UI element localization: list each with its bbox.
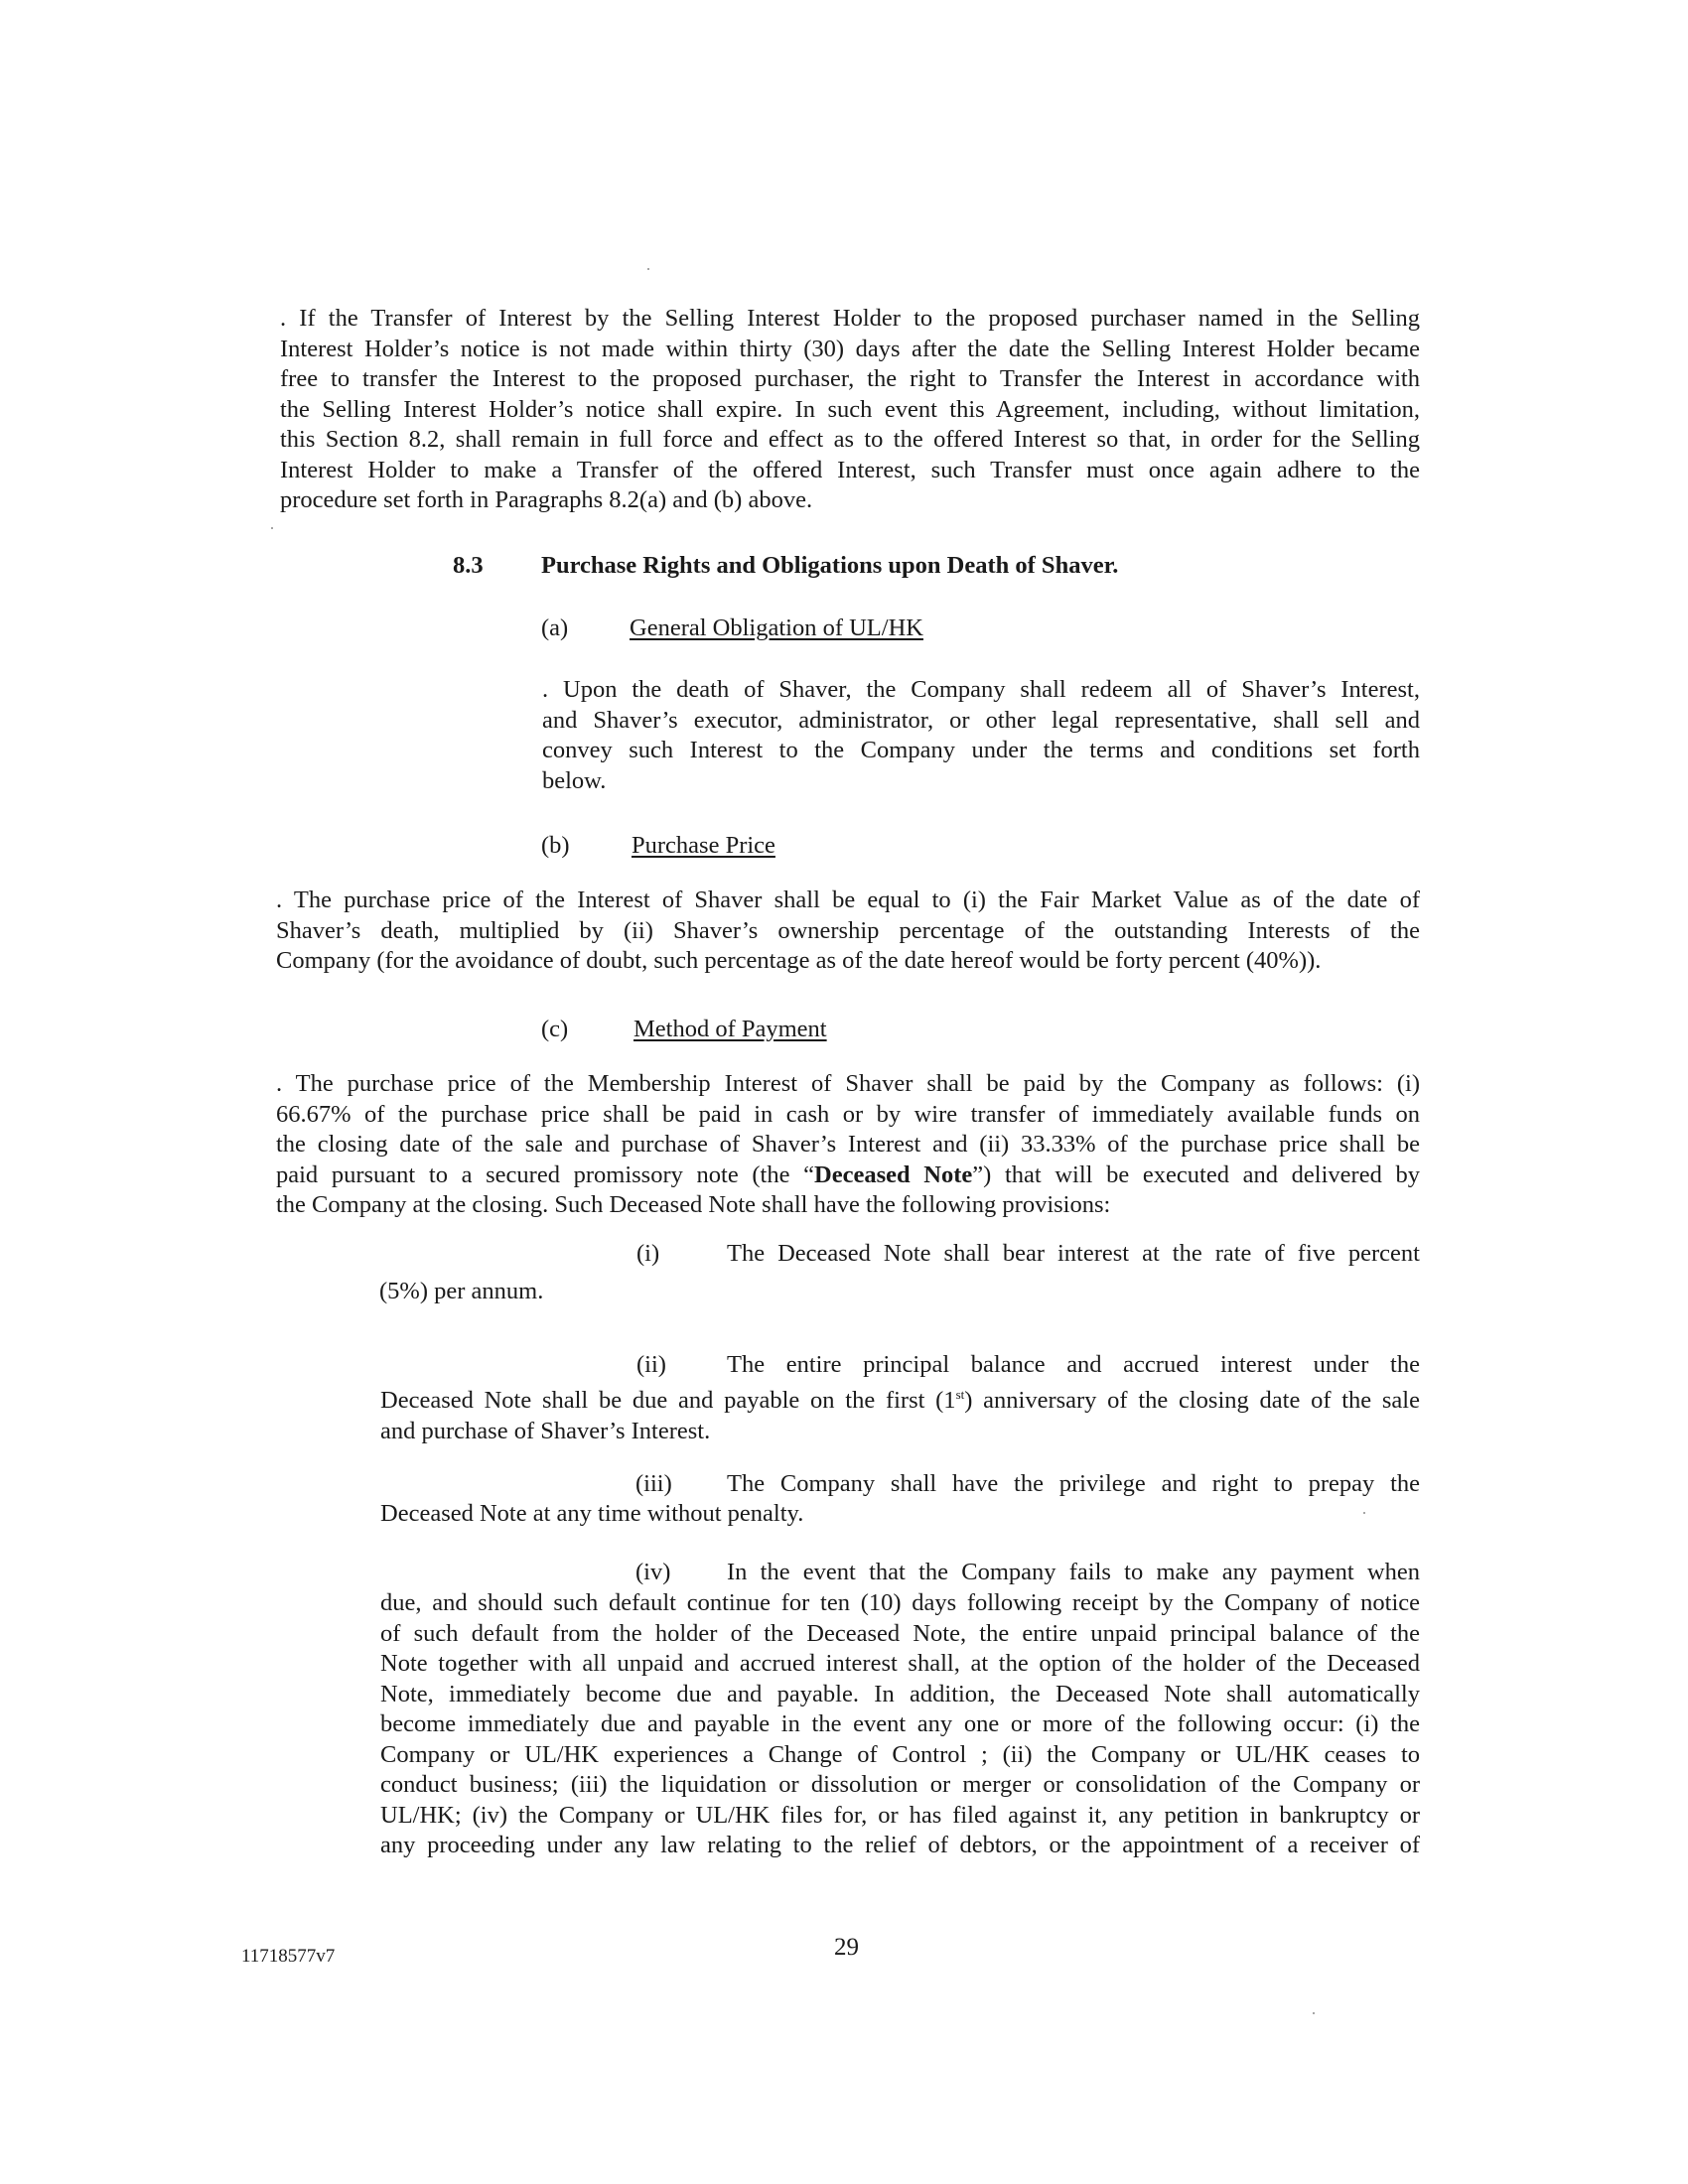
subsection-title: General Obligation of UL/HK — [630, 614, 923, 643]
scan-artifact — [647, 268, 649, 270]
section-title: Purchase Rights and Obligations upon Dea… — [541, 551, 1118, 581]
text-line: . If the Transfer of Interest by the Sel… — [280, 304, 1420, 335]
subsection-title: Method of Payment — [633, 1015, 827, 1044]
subsection-c-body: . The purchase price of the Membership I… — [276, 1069, 1420, 1221]
text-line: Interest Holder’s notice is not made wit… — [280, 335, 1420, 365]
provision-ii-cont: Deceased Note shall be due and payable o… — [380, 1380, 1420, 1446]
text-line: (5%) per annum. — [379, 1277, 975, 1307]
document-id: 11718577v7 — [241, 1946, 335, 1968]
text-line: the Company at the closing. Such Decease… — [276, 1190, 1420, 1221]
defined-term: Deceased Note — [814, 1161, 972, 1188]
scan-artifact — [271, 527, 273, 529]
provision-label: (i) — [636, 1239, 659, 1269]
text-line: UL/HK; (iv) the Company or UL/HK files f… — [380, 1801, 1420, 1832]
text-line: the closing date of the sale and purchas… — [276, 1130, 1420, 1160]
text-line: Company or UL/HK experiences a Change of… — [380, 1740, 1420, 1771]
text-line: become immediately due and payable in th… — [380, 1709, 1420, 1740]
text-line: paid pursuant to a secured promissory no… — [276, 1160, 1420, 1191]
text-line: Note, immediately become due and payable… — [380, 1680, 1420, 1710]
text-line: Interest Holder to make a Transfer of th… — [280, 456, 1420, 486]
text-line: and purchase of Shaver’s Interest. — [380, 1417, 1420, 1447]
provision-label: (iii) — [635, 1469, 672, 1499]
ordinal-suffix: st — [956, 1387, 965, 1402]
text-line: Deceased Note at any time without penalt… — [380, 1499, 1420, 1530]
text-line: . The purchase price of the Interest of … — [276, 886, 1420, 916]
provision-label: (iv) — [635, 1558, 670, 1587]
provision-first-line: The entire principal balance and accrued… — [727, 1350, 1420, 1380]
text-line: any proceeding under any law relating to… — [380, 1831, 1420, 1861]
scan-artifact — [1363, 1512, 1365, 1514]
provision-first-line: In the event that the Company fails to m… — [727, 1558, 1420, 1587]
text-line: . Upon the death of Shaver, the Company … — [542, 675, 1420, 706]
section-number: 8.3 — [453, 551, 484, 581]
page-number: 29 — [834, 1934, 859, 1962]
text-line: Company (for the avoidance of doubt, suc… — [276, 946, 1420, 977]
subsection-b-body: . The purchase price of the Interest of … — [276, 886, 1420, 977]
scan-artifact — [1313, 2012, 1315, 2014]
text-line: this Section 8.2, shall remain in full f… — [280, 425, 1420, 456]
provision-iii-cont: Deceased Note at any time without penalt… — [380, 1499, 1420, 1530]
provision-first-line: The Deceased Note shall bear interest at… — [727, 1239, 1420, 1269]
text-line: 66.67% of the purchase price shall be pa… — [276, 1100, 1420, 1131]
subsection-label: (c) — [541, 1015, 568, 1044]
text-line: of such default from the holder of the D… — [380, 1619, 1420, 1650]
intro-paragraph: . If the Transfer of Interest by the Sel… — [280, 304, 1420, 516]
provision-i-cont: (5%) per annum. — [379, 1277, 975, 1307]
text-line: and Shaver’s executor, administrator, or… — [542, 706, 1420, 737]
text-fragment: ) anniversary of the closing date of the… — [964, 1387, 1420, 1414]
text-line: Deceased Note shall be due and payable o… — [380, 1380, 1420, 1417]
subsection-label: (b) — [541, 831, 570, 861]
provision-label: (ii) — [636, 1350, 666, 1380]
text-line: procedure set forth in Paragraphs 8.2(a)… — [280, 485, 1420, 516]
provision-first-line: The Company shall have the privilege and… — [727, 1469, 1420, 1499]
text-line: the Selling Interest Holder’s notice sha… — [280, 395, 1420, 426]
subsection-label: (a) — [541, 614, 568, 643]
text-line: free to transfer the Interest to the pro… — [280, 364, 1420, 395]
text-line: below. — [542, 766, 1420, 797]
provision-iv-cont: due, and should such default continue fo… — [380, 1588, 1420, 1861]
text-fragment: ”) that will be executed and delivered b… — [972, 1161, 1420, 1188]
text-line: convey such Interest to the Company unde… — [542, 736, 1420, 766]
text-line: . The purchase price of the Membership I… — [276, 1069, 1420, 1100]
text-line: due, and should such default continue fo… — [380, 1588, 1420, 1619]
text-fragment: paid pursuant to a secured promissory no… — [276, 1161, 814, 1188]
text-line: Shaver’s death, multiplied by (ii) Shave… — [276, 916, 1420, 947]
text-fragment: Deceased Note shall be due and payable o… — [380, 1387, 956, 1414]
subsection-a-body: . Upon the death of Shaver, the Company … — [542, 675, 1420, 796]
subsection-title: Purchase Price — [632, 831, 775, 861]
text-line: Note together with all unpaid and accrue… — [380, 1649, 1420, 1680]
text-line: conduct business; (iii) the liquidation … — [380, 1770, 1420, 1801]
